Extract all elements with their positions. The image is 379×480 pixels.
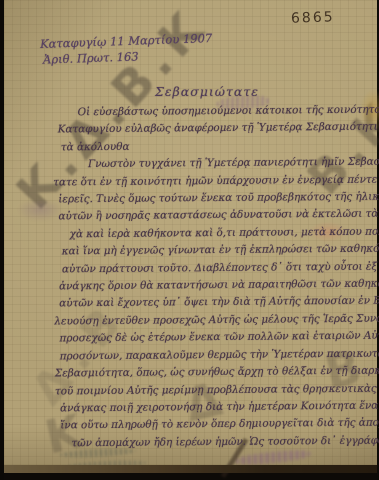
handwritten-line: Καταφυγίου εὐλαβῶς ἀναφέρομεν τῇ Ὑμετέρᾳ…: [58, 119, 379, 139]
handwritten-line: Γνωστὸν τυγχάνει τῇ Ὑμετέρᾳ πανιερότητι …: [88, 154, 379, 174]
salutation: Σεβασμιώτατε: [155, 84, 259, 99]
scanned-letter-page: Κ.Δ.Β.Κ Β.Κ Κ Δ Β Κ Δ.Β 6865 Καταφυγίῳ 1…: [0, 0, 379, 480]
scan-left-edge: [0, 0, 4, 480]
handwritten-line: καὶ ἵνα μὴ ἐγγενῶς γίνωνται ἐν τῇ ἐκπληρ…: [62, 241, 379, 261]
paper-background: Κ.Δ.Β.Κ Β.Κ Κ Δ Β Κ Δ.Β 6865 Καταφυγίῳ 1…: [4, 0, 377, 473]
scan-bottom-edge: [4, 465, 377, 473]
date-line: Καταφυγίῳ 11 Μαρτίου 1907: [40, 31, 213, 51]
protocol-number-line: Ἀριθ. Πρωτ. 163: [43, 49, 139, 66]
archive-number: 6865: [291, 9, 335, 27]
letter-body: Οἱ εὐσεβάστως ὑποσημειούμενοι κάτοικοι τ…: [52, 102, 379, 453]
handwritten-line: τῶν ἀπομάχων ἤδη ἱερέων ἡμῶν. Ὡς τοσοῦτο…: [71, 432, 379, 452]
handwritten-line: Σεβασμιότητα, ὅπως, ὡς συνήθως ἄρχῃ τὸ θ…: [55, 363, 379, 383]
